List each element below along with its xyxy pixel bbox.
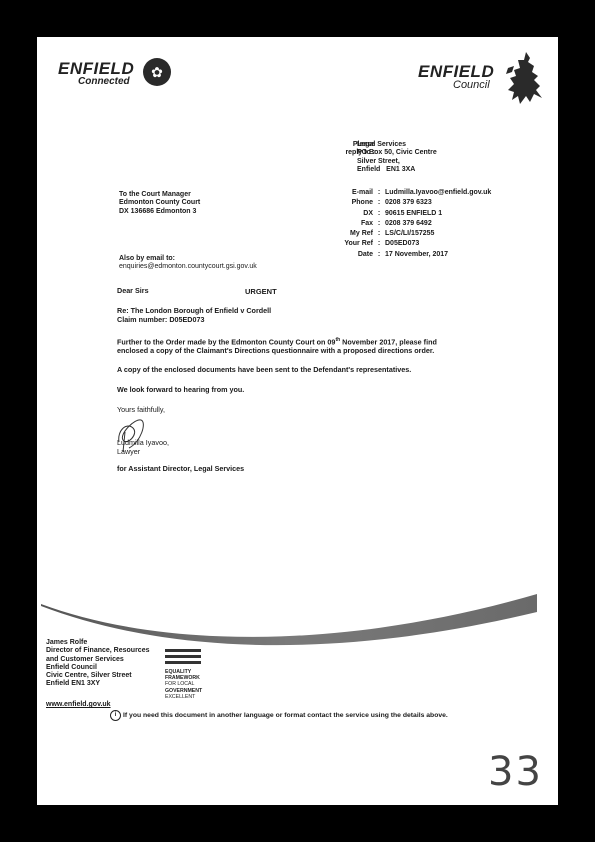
contact-label: Date — [273, 251, 373, 261]
contact-label: Phone — [273, 199, 373, 209]
format-note-text: If you need this document in another lan… — [123, 712, 448, 719]
paragraph-look-forward: We look forward to hearing from you. — [117, 386, 244, 395]
footer-line: Enfield EN1 3XY — [46, 680, 149, 688]
contact-row-date: Date:17 November, 2017 — [273, 251, 545, 261]
badge-line: EXCELLENT — [165, 694, 235, 700]
also-by-email: Also by email to: enquiries@edmonton.cou… — [119, 255, 257, 272]
contact-value: LS/C/LI/157255 — [385, 230, 545, 240]
handwritten-page-number: 33 — [488, 749, 543, 795]
para1-line2: enclosed a copy of the Claimant's Direct… — [117, 347, 537, 356]
contact-value: 0208 379 6492 — [385, 220, 545, 230]
enfield-council-logo: ENFIELD Council — [418, 50, 548, 110]
also-email-label: Also by email to: — [119, 255, 257, 263]
footer-line: Enfield Council — [46, 664, 149, 672]
contact-row-email: E-mail:Ludmilla.Iyavoo@enfield.gov.uk — [273, 189, 545, 199]
on-behalf-of: for Assistant Director, Legal Services — [117, 465, 244, 474]
contact-row-my-ref: My Ref:LS/C/LI/157255 — [273, 230, 545, 240]
footer-line: Director of Finance, Resources — [46, 647, 149, 655]
contact-label: Fax — [273, 220, 373, 230]
footer-line: James Rolfe — [46, 639, 149, 647]
logo-sub: Connected — [78, 76, 130, 87]
contact-value: Ludmilla.Iyavoo@enfield.gov.uk — [385, 189, 545, 199]
contact-row-phone: Phone:0208 379 6323 — [273, 199, 545, 209]
reply-line: Legal Services — [357, 141, 497, 149]
equality-bars-icon — [165, 649, 235, 664]
letter-page: ENFIELD Connected ✿ ENFIELD Council Plea… — [37, 37, 558, 805]
recipient-address: To the Court Manager Edmonton County Cou… — [119, 191, 200, 216]
paragraph-copy-sent: A copy of the enclosed documents have be… — [117, 366, 411, 375]
footer-address: James Rolfe Director of Finance, Resourc… — [46, 639, 149, 689]
recipient-line: DX 136686 Edmonton 3 — [119, 208, 200, 216]
contact-row-fax: Fax:0208 379 6492 — [273, 220, 545, 230]
recipient-line: To the Court Manager — [119, 191, 200, 199]
enfield-connected-logo: ENFIELD Connected ✿ — [58, 57, 173, 93]
contact-label: My Ref — [273, 230, 373, 240]
contact-value: 17 November, 2017 — [385, 251, 545, 261]
website-link[interactable]: www.enfield.gov.uk — [46, 701, 111, 708]
contact-details: E-mail:Ludmilla.Iyavoo@enfield.gov.uk Ph… — [273, 189, 545, 261]
dragon-roundel-icon: ✿ — [143, 58, 171, 86]
contact-row-dx: DX:90615 ENFIELD 1 — [273, 210, 545, 220]
also-email-address: enquiries@edmonton.countycourt.gsi.gov.u… — [119, 263, 257, 271]
paragraph-order: Further to the Order made by the Edmonto… — [117, 336, 537, 356]
claim-number: Claim number: D05ED073 — [117, 316, 204, 325]
equality-framework-badge: EQUALITY FRAMEWORK FOR LOCAL GOVERNMENT … — [165, 649, 235, 700]
footer-line: Civic Centre, Silver Street — [46, 672, 149, 680]
contact-label: Your Ref — [273, 240, 373, 250]
contact-row-your-ref: Your Ref:D05ED073 — [273, 240, 545, 250]
urgent-flag: URGENT — [245, 287, 277, 296]
recipient-line: Edmonton County Court — [119, 199, 200, 207]
dragon-crest-icon — [504, 50, 548, 108]
reply-line: PO Box 50, Civic Centre — [357, 149, 497, 157]
accessibility-note: i If you need this document in another l… — [110, 710, 448, 721]
contact-label: E-mail — [273, 189, 373, 199]
contact-value: 90615 ENFIELD 1 — [385, 210, 545, 220]
footer-line: and Customer Services — [46, 656, 149, 664]
reply-line: Enfield EN1 3XA — [357, 166, 497, 174]
logo-sub: Council — [453, 79, 490, 91]
info-icon: i — [110, 710, 121, 721]
reply-to-address: Legal Services PO Box 50, Civic Centre S… — [357, 141, 497, 174]
contact-label: DX — [273, 210, 373, 220]
signatory-role: Lawyer — [117, 448, 140, 457]
contact-value: D05ED073 — [385, 240, 545, 250]
contact-value: 0208 379 6323 — [385, 199, 545, 209]
salutation: Dear Sirs — [117, 287, 149, 296]
reply-line: Silver Street, — [357, 158, 497, 166]
